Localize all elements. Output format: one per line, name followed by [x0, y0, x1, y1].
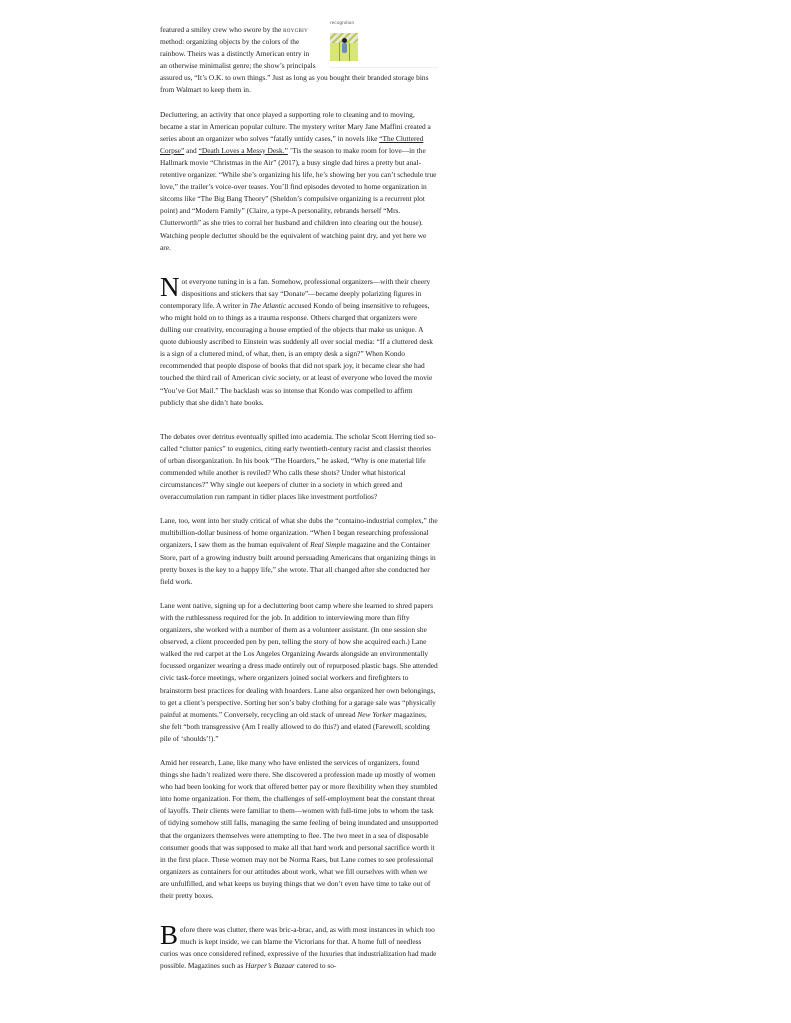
- thumb-figure-head: [342, 38, 347, 43]
- thumb-post: [349, 43, 350, 61]
- aside-label: recognition: [330, 20, 438, 26]
- paragraph-6: Lane went native, signing up for a declu…: [160, 600, 438, 745]
- p2-text-mid: and: [184, 146, 198, 155]
- roygbiv-smallcaps: roygbiv: [283, 25, 308, 34]
- paragraph-2: Decluttering, an activity that once play…: [160, 109, 438, 254]
- paragraph-7: Amid her research, Lane, like many who h…: [160, 757, 438, 902]
- paragraph-5: Lane, too, went into her study critical …: [160, 515, 438, 588]
- paragraph-3: Not everyone tuning in is a fan. Somehow…: [160, 276, 438, 409]
- article-body: recognition featured a smiley crew who s…: [160, 24, 438, 984]
- p3-text-end: accused Kondo of being insensitive to re…: [160, 301, 433, 407]
- p8-text-end: catered to so-: [295, 961, 337, 970]
- illustration-thumbnail-icon[interactable]: [330, 33, 358, 61]
- thumb-figure-body: [342, 43, 347, 53]
- italic-the-atlantic: The Atlantic: [250, 301, 286, 310]
- p6-text: Lane went native, signing up for a declu…: [160, 601, 438, 719]
- italic-real-simple: Real Simple: [310, 540, 346, 549]
- p2-text-end: ’Tis the season to make room for love—in…: [160, 146, 436, 252]
- link-death-loves-messy-desk[interactable]: “Death Loves a Messy Desk.”: [199, 146, 288, 155]
- intro-block: recognition featured a smiley crew who s…: [160, 24, 438, 97]
- dropcap-b: B: [160, 925, 178, 946]
- paragraph-8: Before there was clutter, there was bric…: [160, 924, 438, 972]
- related-aside[interactable]: recognition: [330, 20, 438, 68]
- italic-harpers-bazaar: Harper’s Bazaar: [245, 961, 295, 970]
- dropcap-n: N: [160, 277, 180, 298]
- p1-text: featured a smiley crew who swore by the: [160, 25, 283, 34]
- paragraph-4: The debates over detritus eventually spi…: [160, 431, 438, 504]
- italic-new-yorker: New Yorker: [357, 710, 391, 719]
- thumb-post: [339, 43, 340, 61]
